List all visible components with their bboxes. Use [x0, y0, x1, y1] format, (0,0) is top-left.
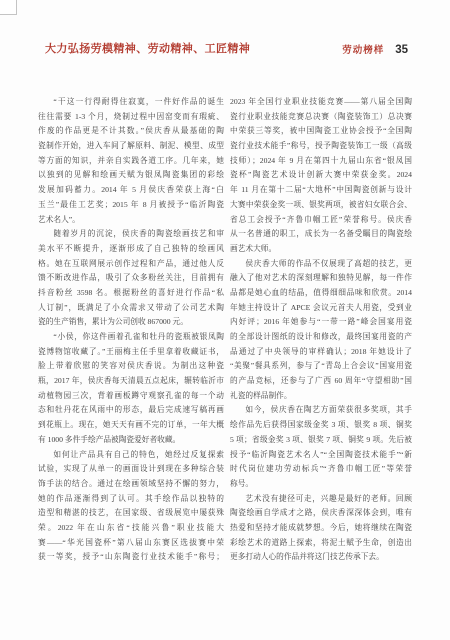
article-column-left: “干这一行得耐得住寂寞，一件好作品的诞生往往需要 1-3 个月，烧制过程中因窑变…: [38, 95, 224, 565]
text-line: 瓷制作开始，进入车间了解原料、制泥、模型、成型: [38, 139, 224, 154]
text-line: 中荣获三等奖，被中国陶瓷工业协会授予“全国陶: [230, 124, 412, 139]
text-line: 作废的作品更是不计其数。”侯庆香从最基础的陶: [38, 124, 224, 139]
text-line: 脸上带着欣慰的笑容对侯庆香说。为制出这种瓷: [38, 359, 224, 374]
text-line: 品都是她心血的结晶，值得细细品味和欣赏。2014: [230, 286, 412, 301]
text-line: 赛——“华光国瓷杯”第八届山东赛区选拔赛中荣: [38, 536, 224, 551]
text-line: 她的作品逐渐得到了认可。其手绘作品以独特的: [38, 492, 224, 507]
text-line: 热爱和坚持才能成就梦想。今后，她将继续在陶瓷: [230, 521, 412, 536]
text-line: 内好评；2016 年她参与“一带一路”峰会国宴用瓷: [230, 315, 412, 330]
text-line: 荣。2022 年在山东省“技能兴鲁”职业技能大: [38, 521, 224, 536]
text-line: 馈不断改进作品，吸引了众多粉丝关注，目前拥有: [38, 271, 224, 286]
text-line: 彩绘艺术的道路上探索，将泥土赋予生命，创造出: [230, 536, 412, 551]
text-line: 更多打动人心的作品并将这门技艺传承下去。: [230, 550, 412, 565]
text-line: 等方面的知识，并亲自实践各道工序。几年来，她: [38, 154, 224, 169]
text-line: 省总工会授予“齐鲁巾帼工匠”荣誉称号。侯庆香: [230, 213, 412, 228]
text-line: 态和牡丹花在风雨中的形态，最后完成速写稿再画: [38, 403, 224, 418]
text-line: 瓷杯”陶瓷艺术设计创新大赛中荣获金奖。2024: [230, 168, 412, 183]
text-line: 到花瓶上。现在，她天天有画不完的订单，一年大概: [38, 418, 224, 433]
text-line: 画艺术大师。: [230, 242, 412, 257]
text-line: 授予“临沂陶瓷艺术名人”“全国陶瓷技术能手”“新: [230, 448, 412, 463]
text-line: 时代岗位建功劳动标兵”“齐鲁巾帼工匠”等荣誉: [230, 462, 412, 477]
text-line: 以独到的见解和绘画天赋为银凤陶瓷集团的彩绘: [38, 168, 224, 183]
article-body: “干这一行得耐得住寂寞，一件好作品的诞生往往需要 1-3 个月，烧制过程中因窑变…: [38, 95, 412, 565]
text-line: 瓷博物馆收藏了。”王丽梅主任手里拿着收藏证书，: [38, 345, 224, 360]
text-line: 年 11 月在第十二届“大地杯”中国陶瓷创新与设计: [230, 183, 412, 198]
page-header-slogan: 大力弘扬劳模精神、劳动精神、工匠精神: [45, 42, 250, 56]
text-line: 动植物园三次，背着画板蹲守观察孔雀的每一个动: [38, 389, 224, 404]
text-line: 2023 年全国行业职业技能竞赛——第八届全国陶: [230, 95, 412, 110]
text-line: 获一等奖，授予“山东陶瓷行业技术能手”称号；: [38, 550, 224, 565]
page-corner-trim-mark: [0, 0, 17, 15]
text-line: 试验，实现了从单一的画面设计到现在多种综合装: [38, 462, 224, 477]
page-number: 35: [395, 44, 408, 56]
text-line: 的全部设计图纸的设计和修改，最终国宴用瓷的产: [230, 330, 412, 345]
text-line: 造型和精湛的技艺，在国家级、省级展览中屡获殊: [38, 506, 224, 521]
text-line: 美水平不断提升，逐渐形成了自己独特的绘画风: [38, 242, 224, 257]
text-line: 玉兰”最佳工艺奖；2015 年 8 月被授予“临沂陶瓷: [38, 198, 224, 213]
text-line: 技师）；2024 年 9 月在第四十九届山东省“银凤国: [230, 154, 412, 169]
article-column-right: 2023 年全国行业职业技能竞赛——第八届全国陶瓷行业职业技能竞赛总决赛（陶瓷装…: [230, 95, 412, 565]
text-line: 有 1000 多件手绘产品被陶瓷爱好者收藏。: [38, 433, 224, 448]
text-line: 如何让产品具有自己的特色，她经过反复探索: [38, 448, 224, 463]
page-header: 大力弘扬劳模精神、劳动精神、工匠精神 劳动榜样 35: [45, 42, 408, 58]
text-line: 侯庆香大师的作品不仅展现了高超的技艺，更: [230, 257, 412, 272]
text-line: “干这一行得耐得住寂寞，一件好作品的诞生: [38, 95, 224, 110]
text-line: 格。她在互联网展示创作过程和产品，通过他人反: [38, 257, 224, 272]
text-line: 5 项；省级金奖 3 项、银奖 7 项、铜奖 9 项。先后被: [230, 433, 412, 448]
text-line: 饰手法的结合。通过在绘画领域坚持不懈的努力，: [38, 477, 224, 492]
page-header-right: 劳动榜样 35: [342, 42, 408, 56]
text-line: 从一名普通的职工，成长为一名备受瞩目的陶瓷绘: [230, 227, 412, 242]
text-line: 的产品竞标，还参与了广西 60 周年“守望相助”国: [230, 374, 412, 389]
section-label: 劳动榜样: [342, 42, 384, 56]
text-line: 品通过了中央领导的审样确认；2018 年她设计了: [230, 345, 412, 360]
text-line: 礼瓷的样品制作。: [230, 389, 412, 404]
text-line: 如今，侯庆香在陶艺方面荣获很多奖项，其手: [230, 403, 412, 418]
text-line: 瓷行业职业技能竞赛总决赛（陶瓷装饰工）总决赛: [230, 110, 412, 125]
text-line: 称号。: [230, 477, 412, 492]
text-line: 大赛中荣获金奖一项、银奖两项，被省妇女联合会、: [230, 198, 412, 213]
text-line: 艺术没有捷径可走，兴趣是最好的老师。回顾: [230, 492, 412, 507]
text-line: “小侯，你这件画着孔雀和牡丹的瓷瓶被银凤陶: [38, 330, 224, 345]
text-line: 融入了他对艺术的深刻理解和独特见解，每一件作: [230, 271, 412, 286]
text-line: 年她主持设计了 APCE 会议元首夫人用瓷，受到业: [230, 301, 412, 316]
text-line: 往往需要 1-3 个月，烧制过程中因窑变而有瑕疵、: [38, 110, 224, 125]
text-line: 艺术名人”。: [38, 213, 224, 228]
text-line: 瓷行业技术能手”称号，授予陶瓷装饰工一级（高级: [230, 139, 412, 154]
text-line: 瓶，2017 年，侯庆香每天清晨五点起床，辗转临沂市: [38, 374, 224, 389]
text-line: 绘作品先后获得国家级金奖 3 项、银奖 8 项、铜奖: [230, 418, 412, 433]
text-line: 人订制”，既满足了小众需求又带动了公司艺术陶: [38, 301, 224, 316]
text-line: 发展加码蓄力。2014 年 5 月侯庆香荣获上海“白: [38, 183, 224, 198]
text-line: “美聚”餐具系列，参与了“青岛上合会议”国宴用瓷: [230, 359, 412, 374]
text-line: 陶瓷绘画自学成才之路，侯庆香深深体会到，唯有: [230, 506, 412, 521]
text-line: 瓷的生产销售，累计为公司创收 867000 元。: [38, 315, 224, 330]
text-line: 抖音粉丝 3598 名。根据粉丝的喜好进行作品“私: [38, 286, 224, 301]
text-line: 随着岁月的沉淀，侯庆香的陶瓷绘画技艺和审: [38, 227, 224, 242]
magazine-page: 大力弘扬劳模精神、劳动精神、工匠精神 劳动榜样 35 “干这一行得耐得住寂寞，一…: [0, 0, 450, 640]
